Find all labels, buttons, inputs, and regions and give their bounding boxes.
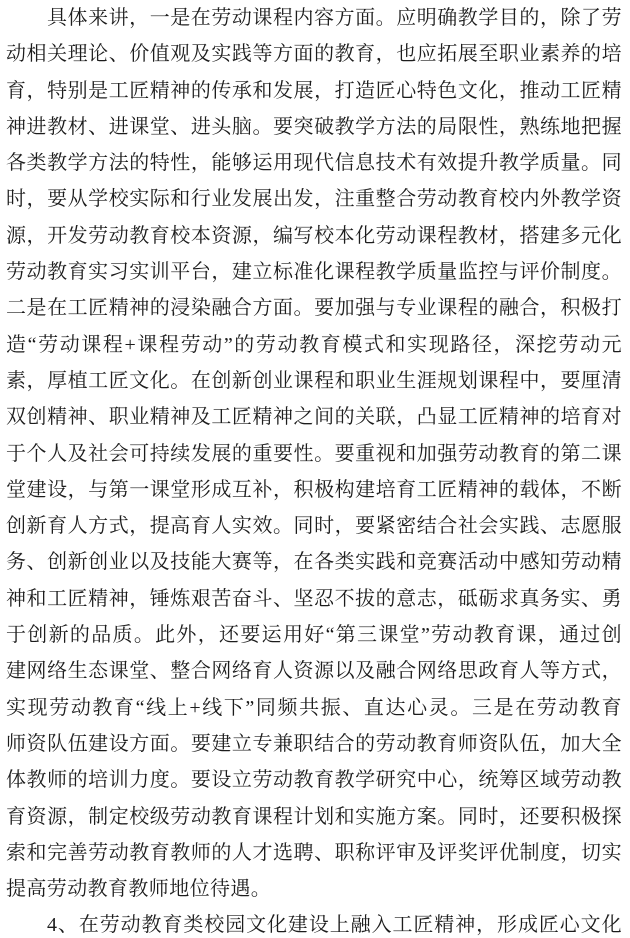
text-line: 4、在劳动教育类校园文化建设上融入工匠精神，形成匠心文化	[6, 907, 622, 938]
text-line: 务、创新创业以及技能大赛等，在各类实践和竞赛活动中感知劳动精	[6, 544, 622, 580]
text-line: 神进教材、进课堂、进头脑。要突破教学方法的局限性，熟练地把握	[6, 109, 622, 145]
text-line: 体教师的培训力度。要设立劳动教育教学研究中心，统筹区域劳动教	[6, 762, 622, 798]
text-line: 素，厚植工匠文化。在创新创业课程和职业生涯规划课程中，要厘清	[6, 363, 622, 399]
text-line: 双创精神、职业精神及工匠精神之间的关联，凸显工匠精神的培育对	[6, 399, 622, 435]
text-line: 师资队伍建设方面。要建立专兼职结合的劳动教育师资队伍，加大全	[6, 726, 622, 762]
document-page: 具体来讲，一是在劳动课程内容方面。应明确教学目的，除了劳动相关理论、价值观及实践…	[0, 0, 630, 938]
text-line: 劳动教育实习实训平台，建立标准化课程教学质量监控与评价制度。	[6, 254, 622, 290]
document-text-block: 具体来讲，一是在劳动课程内容方面。应明确教学目的，除了劳动相关理论、价值观及实践…	[6, 0, 622, 938]
text-line: 堂建设，与第一课堂形成互补，积极构建培育工匠精神的载体，不断	[6, 472, 622, 508]
text-line: 建网络生态课堂、整合网络育人资源以及融合网络思政育人等方式，	[6, 653, 622, 689]
text-line: 具体来讲，一是在劳动课程内容方面。应明确教学目的，除了劳	[6, 0, 622, 36]
text-line: 提高劳动教育教师地位待遇。	[6, 871, 622, 907]
text-line: 造“劳动课程+课程劳动”的劳动教育模式和实现路径，深挖劳动元	[6, 327, 622, 363]
text-line: 实现劳动教育“线上+线下”同频共振、直达心灵。三是在劳动教育	[6, 690, 622, 726]
text-line: 育，特别是工匠精神的传承和发展，打造匠心特色文化，推动工匠精	[6, 73, 622, 109]
text-line: 于个人及社会可持续发展的重要性。要重视和加强劳动教育的第二课	[6, 436, 622, 472]
text-line: 源，开发劳动教育校本资源，编写校本化劳动课程教材，搭建多元化	[6, 218, 622, 254]
text-line: 创新育人方式，提高育人实效。同时，要紧密结合社会实践、志愿服	[6, 508, 622, 544]
text-line: 于创新的品质。此外，还要运用好“第三课堂”劳动教育课，通过创	[6, 617, 622, 653]
text-line: 动相关理论、价值观及实践等方面的教育，也应拓展至职业素养的培	[6, 36, 622, 72]
text-line: 育资源，制定校级劳动教育课程计划和实施方案。同时，还要积极探	[6, 799, 622, 835]
text-line: 二是在工匠精神的浸染融合方面。要加强与专业课程的融合，积极打	[6, 290, 622, 326]
text-line: 时，要从学校实际和行业发展出发，注重整合劳动教育校内外教学资	[6, 181, 622, 217]
text-line: 索和完善劳动教育教师的人才选聘、职称评审及评奖评优制度，切实	[6, 835, 622, 871]
text-line: 各类教学方法的特性，能够运用现代信息技术有效提升教学质量。同	[6, 145, 622, 181]
text-line: 神和工匠精神，锤炼艰苦奋斗、坚忍不拔的意志，砥砺求真务实、勇	[6, 581, 622, 617]
